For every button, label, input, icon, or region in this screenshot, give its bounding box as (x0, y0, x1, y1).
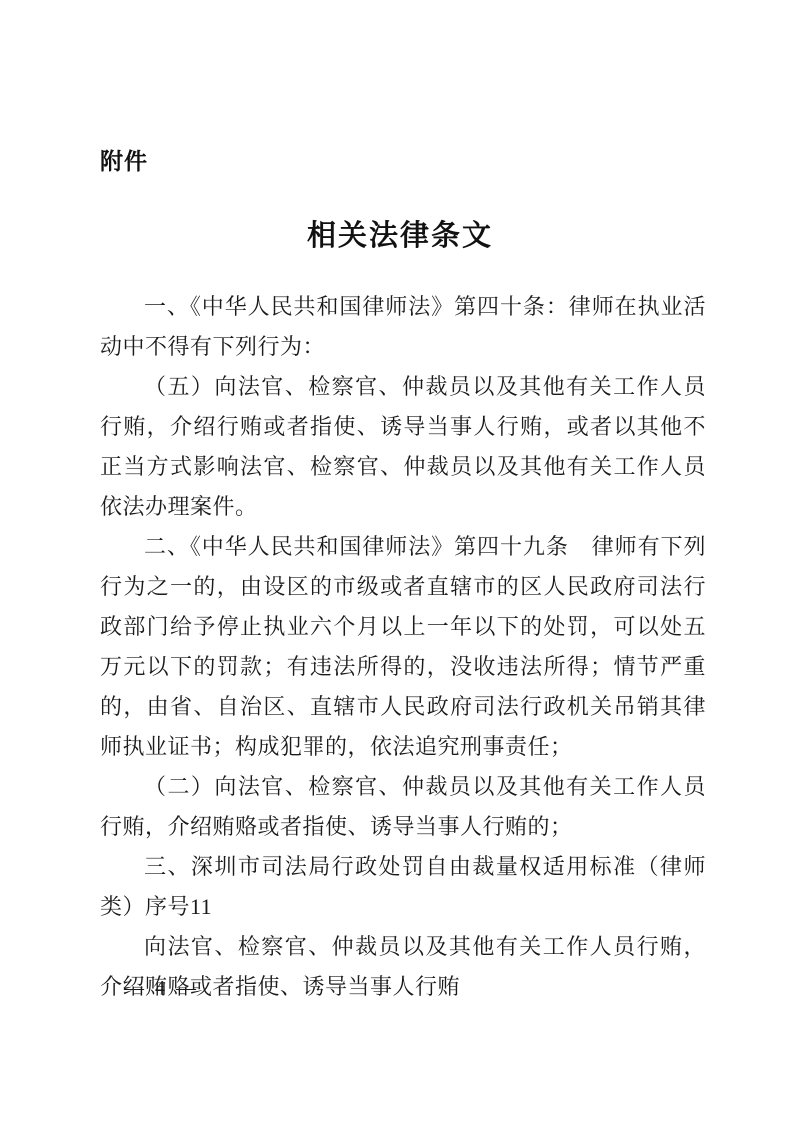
paragraph-item-5: （五）向法官、检察官、仲裁员以及其他有关工作人员行贿，介绍行贿或者指使、诱导当事… (100, 367, 706, 527)
attachment-label: 附件 (100, 143, 148, 176)
paragraph-law-article-40: 一、《中华人民共和国律师法》第四十条：律师在执业活动中不得有下列行为： (100, 287, 706, 367)
paragraph-shenzhen-standard: 三、深圳市司法局行政处罚自由裁量权适用标准（律师类）序号11 (100, 847, 706, 927)
paragraph-law-article-49: 二、《中华人民共和国律师法》第四十九条 律师有下列行为之一的，由设区的市级或者直… (100, 527, 706, 767)
document-page: 附件 相关法律条文 一、《中华人民共和国律师法》第四十条：律师在执业活动中不得有… (0, 0, 800, 1131)
document-body: 一、《中华人民共和国律师法》第四十条：律师在执业活动中不得有下列行为： （五）向… (100, 287, 706, 1007)
paragraph-item-2: （二）向法官、检察官、仲裁员以及其他有关工作人员行贿，介绍贿赂或者指使、诱导当事… (100, 767, 706, 847)
document-title: 相关法律条文 (0, 213, 800, 254)
page-number: — 4 — (124, 977, 199, 1000)
